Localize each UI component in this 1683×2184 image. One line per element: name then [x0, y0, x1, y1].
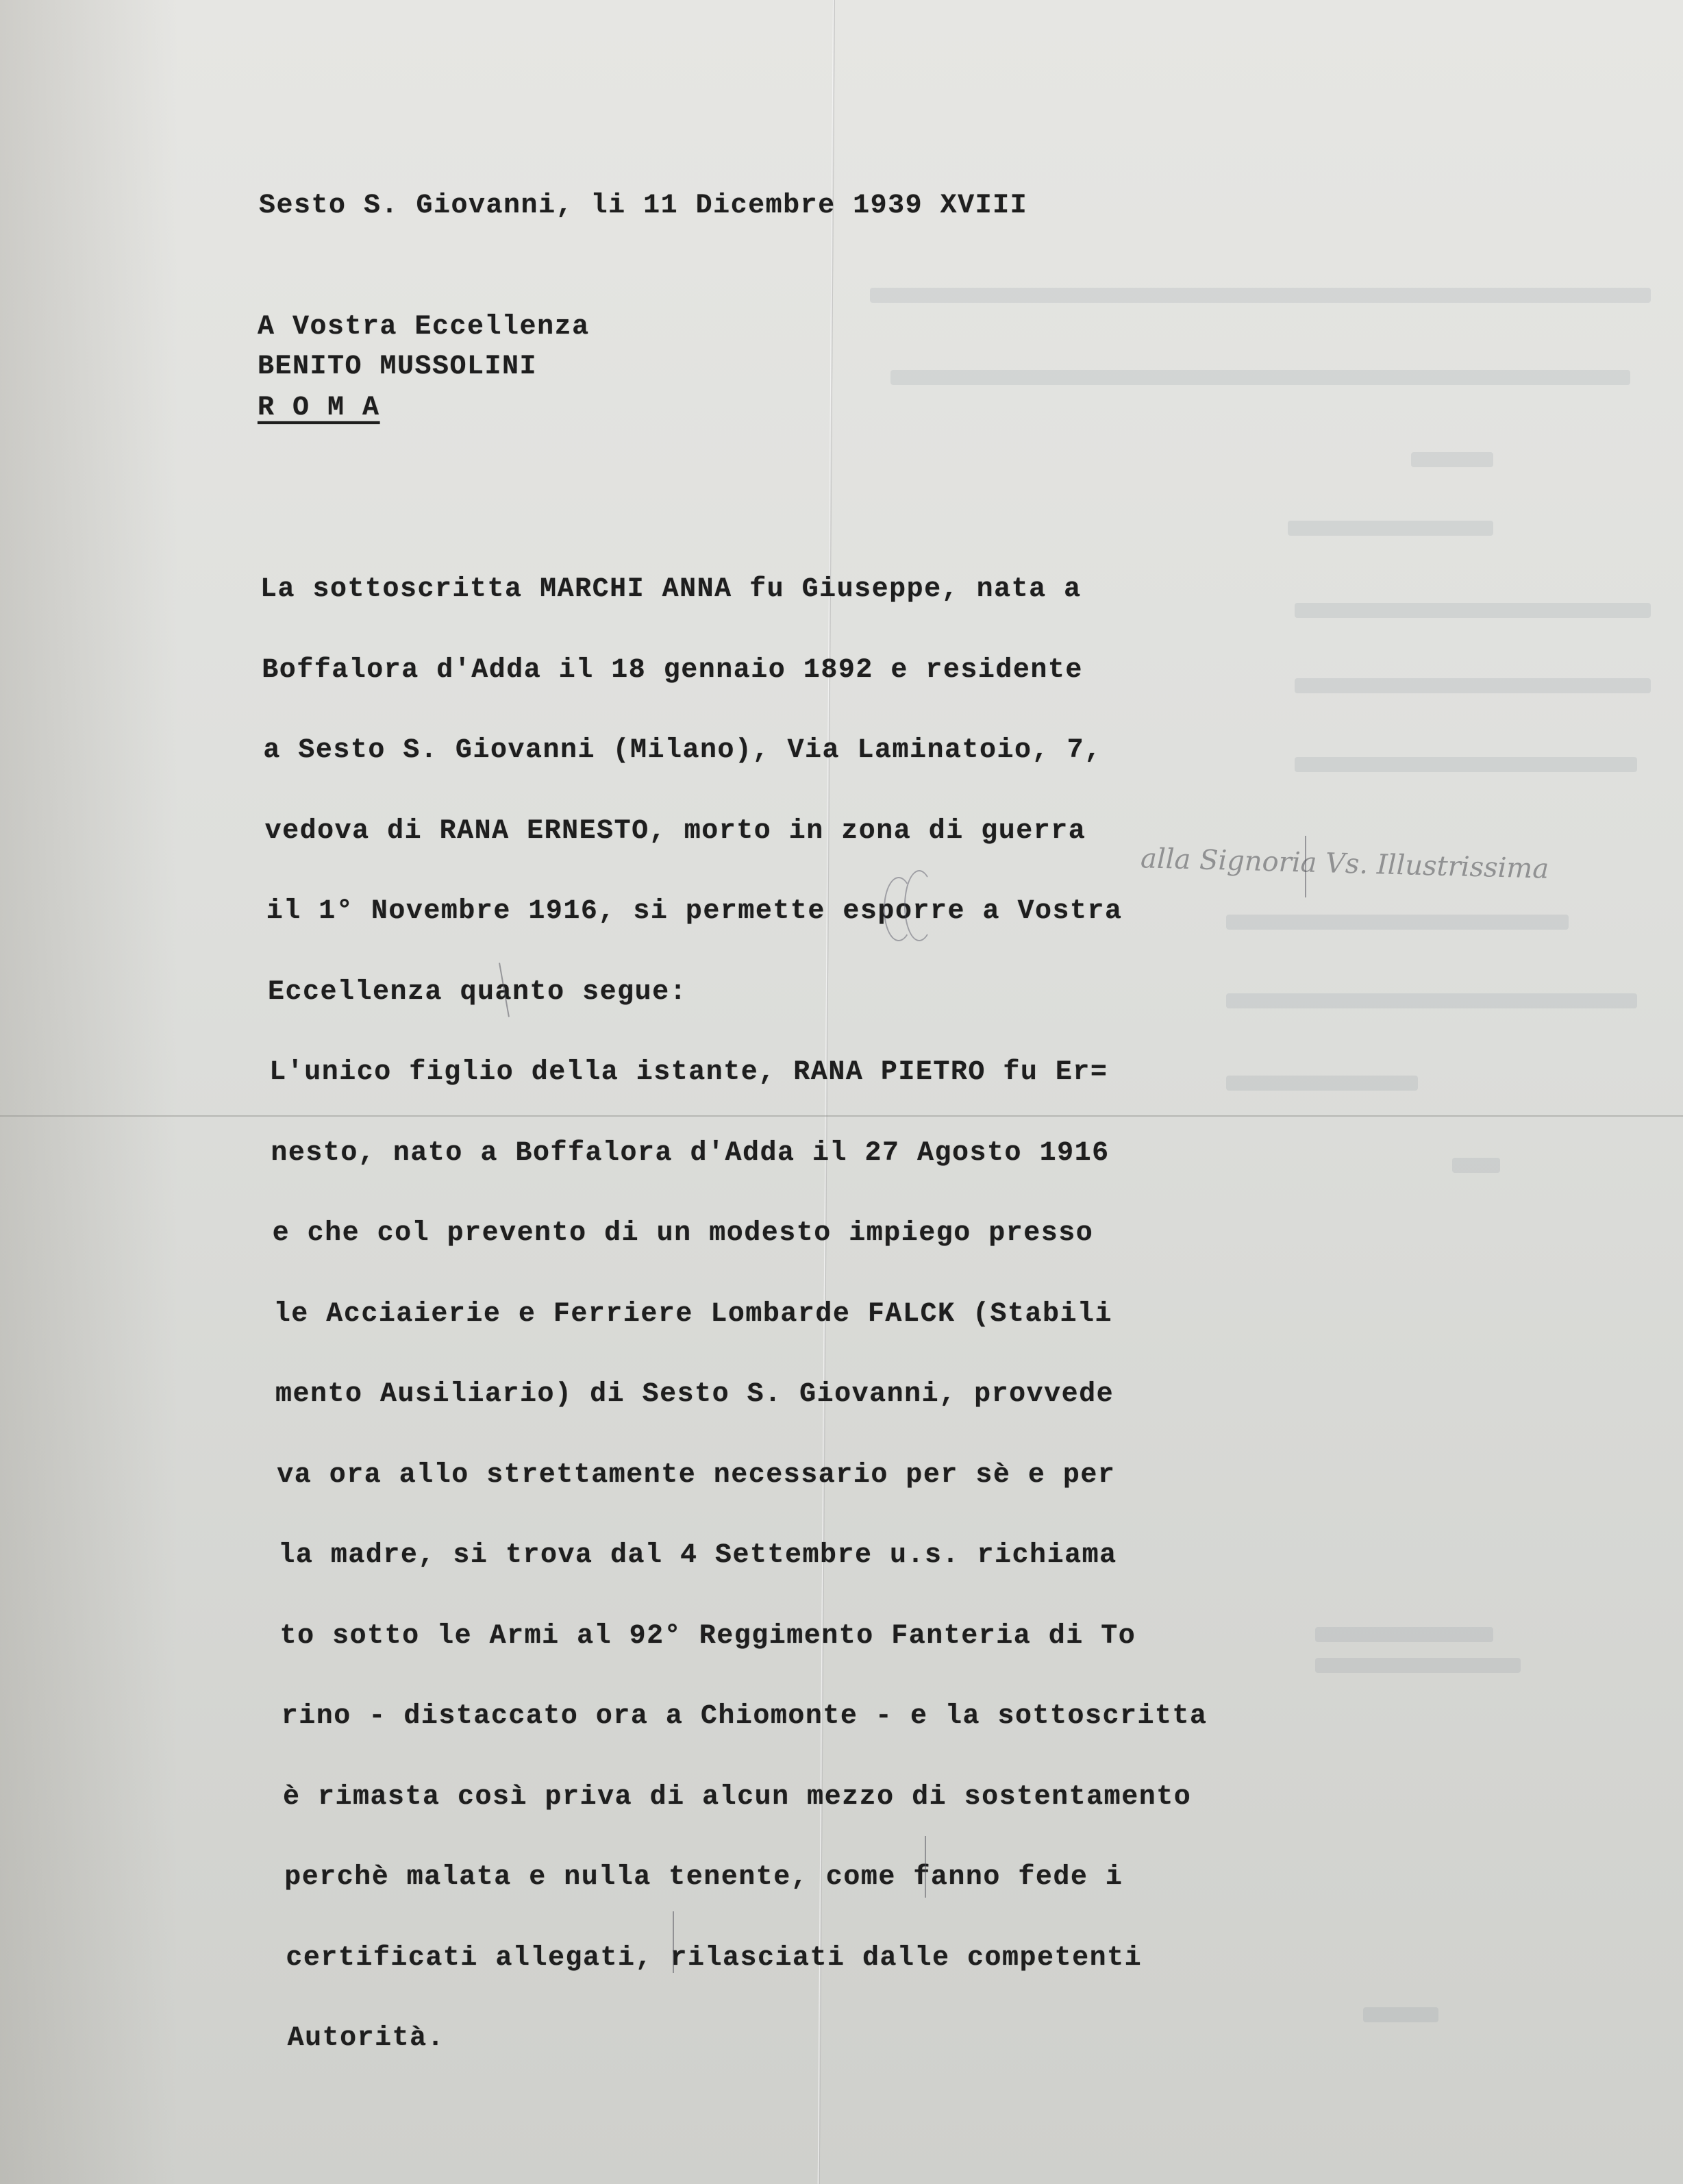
body-line: Autorità. — [288, 2023, 445, 2054]
body-line: vedova di RANA ERNESTO, morto in zona di… — [265, 816, 1086, 847]
bleed-through-mark — [1315, 1627, 1493, 1642]
body-line: perchè malata e nulla tenente, come fann… — [284, 1862, 1123, 1893]
date-line: Sesto S. Giovanni, li 11 Dicembre 1939 X… — [259, 190, 1027, 221]
body-line: a Sesto S. Giovanni (Milano), Via Lamina… — [263, 735, 1101, 766]
body-line: e che col prevento di un modesto impiego… — [273, 1218, 1094, 1249]
body-line: certificati allegati, rilasciati dalle c… — [286, 1943, 1142, 1974]
body-line: to sotto le Armi al 92° Reggimento Fante… — [280, 1621, 1136, 1652]
pencil-bracket — [904, 870, 934, 941]
body-line: Boffalora d'Adda il 18 gennaio 1892 e re… — [262, 655, 1083, 686]
bleed-through-mark — [1295, 603, 1651, 618]
body-line: il 1° Novembre 1916, si permette esporre… — [266, 896, 1123, 927]
bleed-through-mark — [870, 288, 1651, 303]
bleed-through-mark — [1288, 521, 1493, 536]
recipient-name: BENITO MUSSOLINI — [258, 351, 537, 382]
body-line: Eccellenza quanto segue: — [268, 977, 687, 1008]
pencil-mark — [925, 1836, 926, 1898]
body-line: La sottoscritta MARCHI ANNA fu Giuseppe,… — [260, 574, 1082, 605]
body-line: la madre, si trova dal 4 Settembre u.s. … — [278, 1540, 1117, 1571]
bleed-through-mark — [1226, 915, 1569, 930]
vertical-fold-line — [818, 0, 835, 2184]
pencil-mark — [1305, 836, 1306, 897]
letter-page: Sesto S. Giovanni, li 11 Dicembre 1939 X… — [0, 0, 1683, 2184]
bleed-through-mark — [1226, 1076, 1418, 1091]
bleed-through-mark — [1295, 678, 1651, 693]
bleed-through-mark — [1315, 1658, 1521, 1673]
body-line: mento Ausiliario) di Sesto S. Giovanni, … — [275, 1379, 1114, 1410]
bleed-through-mark — [1226, 993, 1637, 1008]
body-line: le Acciaierie e Ferriere Lombarde FALCK … — [274, 1299, 1112, 1330]
bleed-through-mark — [1295, 757, 1637, 772]
body-line: va ora allo strettamente necessario per … — [277, 1460, 1115, 1491]
bleed-through-mark — [890, 370, 1630, 385]
handwritten-note: alla Signoria Vs. Illustrissima — [1140, 843, 1549, 885]
horizontal-fold-line — [0, 1115, 1683, 1117]
recipient-salutation: A Vostra Eccellenza — [258, 312, 590, 343]
pencil-mark — [673, 1911, 674, 1973]
body-line: rino - distaccato ora a Chiomonte - e la… — [282, 1701, 1208, 1732]
bleed-through-mark — [1411, 452, 1493, 467]
bleed-through-mark — [1452, 1158, 1500, 1173]
bleed-through-mark — [1363, 2007, 1438, 2022]
body-line: L'unico figlio della istante, RANA PIETR… — [269, 1057, 1108, 1088]
body-line: è rimasta così priva di alcun mezzo di s… — [283, 1782, 1191, 1813]
body-line: nesto, nato a Boffalora d'Adda il 27 Ago… — [271, 1138, 1109, 1169]
recipient-city: R O M A — [258, 393, 380, 423]
